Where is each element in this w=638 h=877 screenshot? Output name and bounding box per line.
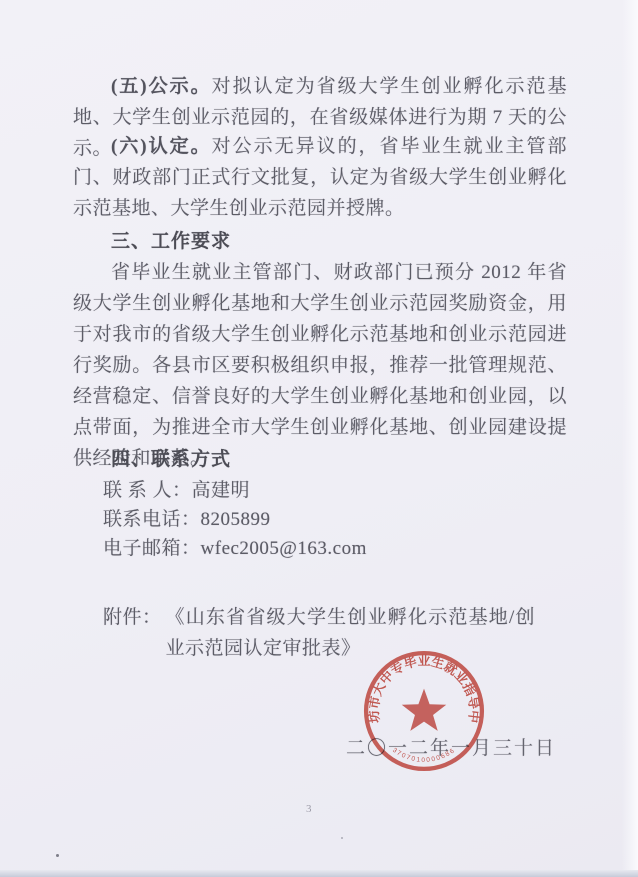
- section-heading-contact: 四、联系方式: [73, 444, 567, 475]
- paragraph-body: 省毕业生就业主管部门、财政部门已预分 2012 年省级大学生创业孵化基地和大学生…: [73, 257, 567, 474]
- contact-phone-label: 联系电话：: [103, 509, 201, 530]
- contact-person-label: 联 系 人：: [103, 480, 192, 501]
- page-number: 3: [306, 803, 312, 815]
- scanned-document-page: { "document": { "para5": { "lead": "(五)公…: [0, 0, 638, 877]
- contact-person-value: 高建明: [192, 480, 251, 501]
- contact-person-line: 联 系 人：高建明: [73, 476, 567, 505]
- contact-info: 联 系 人：高建明 联系电话：8205899 电子邮箱：wfec2005@163…: [73, 476, 567, 563]
- official-seal-stamp: 潍坊市大中专毕业生就业指导中心 3707010000686: [360, 647, 488, 775]
- contact-email-label: 电子邮箱：: [103, 538, 201, 559]
- contact-email-value: wfec2005@163.com: [201, 538, 367, 559]
- scan-bottom-edge-shadow: [0, 870, 638, 877]
- paragraph-lead: (六)认定。: [111, 136, 212, 157]
- contact-email-line: 电子邮箱：wfec2005@163.com: [73, 534, 567, 563]
- contact-phone-value: 8205899: [201, 509, 271, 530]
- scan-speck: [341, 837, 343, 839]
- seal-star-icon: [402, 689, 446, 731]
- paragraph-text: (六)认定。对公示无异议的，省毕业生就业主管部门、财政部门正式行文批复，认定为省…: [73, 131, 567, 224]
- paragraph-work-requirements: 省毕业生就业主管部门、财政部门已预分 2012 年省级大学生创业孵化基地和大学生…: [73, 257, 567, 474]
- paragraph-6-rending: (六)认定。对公示无异议的，省毕业生就业主管部门、财政部门正式行文批复，认定为省…: [73, 131, 567, 224]
- seal-serial-text: 3707010000686: [391, 747, 457, 764]
- section-heading-work-requirements: 三、工作要求: [73, 226, 567, 257]
- paragraph-lead: (五)公示。: [111, 76, 212, 97]
- scan-speck: [56, 854, 59, 857]
- attachment-label: 附件：: [103, 602, 162, 664]
- contact-phone-line: 联系电话：8205899: [73, 505, 567, 534]
- scan-right-edge-highlight: [622, 0, 638, 877]
